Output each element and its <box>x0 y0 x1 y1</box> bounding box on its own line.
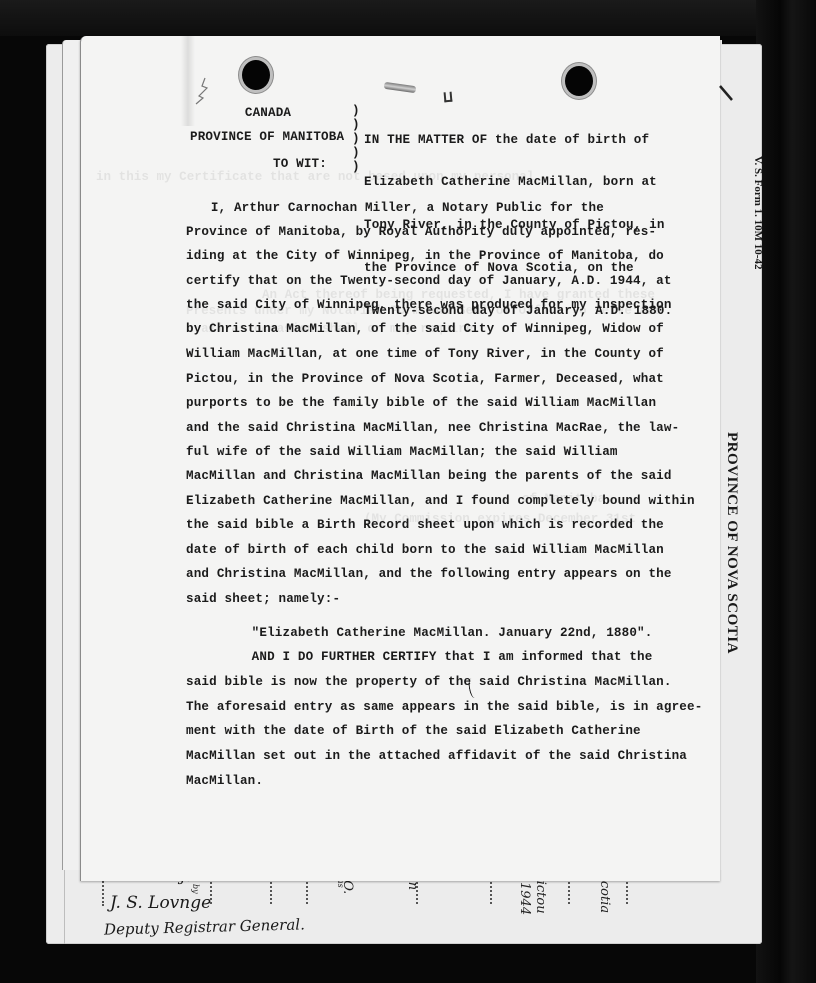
quoted-entry: "Elizabeth Catherine MacMillan. January … <box>190 623 652 643</box>
form-id-label: V. S. Form 1. 10M 10-42 <box>752 156 764 269</box>
punch-hole <box>242 60 270 90</box>
body-line: The aforesaid entry as same appears in t… <box>186 697 702 717</box>
caption-to-wit: TO WIT: <box>273 157 327 171</box>
body-line: MacMillan and Christina MacMillan being … <box>186 466 672 486</box>
caption-line: Elizabeth Catherine MacMillan, born at <box>364 175 672 189</box>
body-line: and the said Christina MacMillan, nee Ch… <box>186 418 679 438</box>
body-line: ful wife of the said William MacMillan; … <box>186 442 618 462</box>
caption-left: CANADA <box>180 104 356 122</box>
body-line: MacMillan. <box>186 771 263 791</box>
punch-hole <box>565 66 593 96</box>
caption-country: CANADA <box>180 104 356 122</box>
province-label: PROVINCE OF NOVA SCOTIA <box>723 432 740 654</box>
body-line: iding at the City of Winnipeg, in the Pr… <box>186 246 664 266</box>
body-line: the said City of Winnipeg, there was pro… <box>186 295 672 315</box>
registrar-signature: J. S. Lovnge <box>110 893 211 913</box>
body-line: Pictou, in the Province of Nova Scotia, … <box>186 369 664 389</box>
body-line: William MacMillan, at one time of Tony R… <box>186 344 664 364</box>
caption-line: IN THE MATTER OF the date of birth of <box>364 133 672 147</box>
body-line: said sheet; namely:- <box>186 589 340 609</box>
handwritten-fragment: 1944 <box>517 882 532 915</box>
body-line: the said bible a Birth Record sheet upon… <box>186 515 664 535</box>
body-line: Elizabeth Catherine MacMillan, and I fou… <box>186 491 695 511</box>
binder-edge <box>756 0 816 983</box>
body-line: I, Arthur Carnochan Miller, a Notary Pub… <box>180 198 604 218</box>
body-line: MacMillan set out in the attached affida… <box>186 746 687 766</box>
body-line: AND I DO FURTHER CERTIFY that I am infor… <box>190 647 652 667</box>
scanner-top-edge <box>0 0 816 36</box>
body-line: said bible is now the property of the sa… <box>186 672 672 692</box>
paper-tear-icon <box>193 76 211 106</box>
body-line: date of birth of each child born to the … <box>186 540 664 560</box>
handwritten-fragment: by <box>191 884 200 894</box>
caption-province: PROVINCE OF MANITOBA <box>190 130 344 144</box>
body-line: certify that on the Twenty-second day of… <box>186 271 672 291</box>
body-line: by Christina MacMillan, of the said City… <box>186 319 664 339</box>
clip-mark-icon <box>718 84 736 104</box>
staple-end-icon <box>444 92 453 103</box>
caption-brackets: ))))) <box>352 104 360 174</box>
body-line: ment with the date of Birth of the said … <box>186 721 641 741</box>
body-line: purports to be the family bible of the s… <box>186 393 656 413</box>
body-line: Province of Manitoba, by Royal Authority… <box>186 222 656 242</box>
body-line: and Christina MacMillan, and the followi… <box>186 564 672 584</box>
